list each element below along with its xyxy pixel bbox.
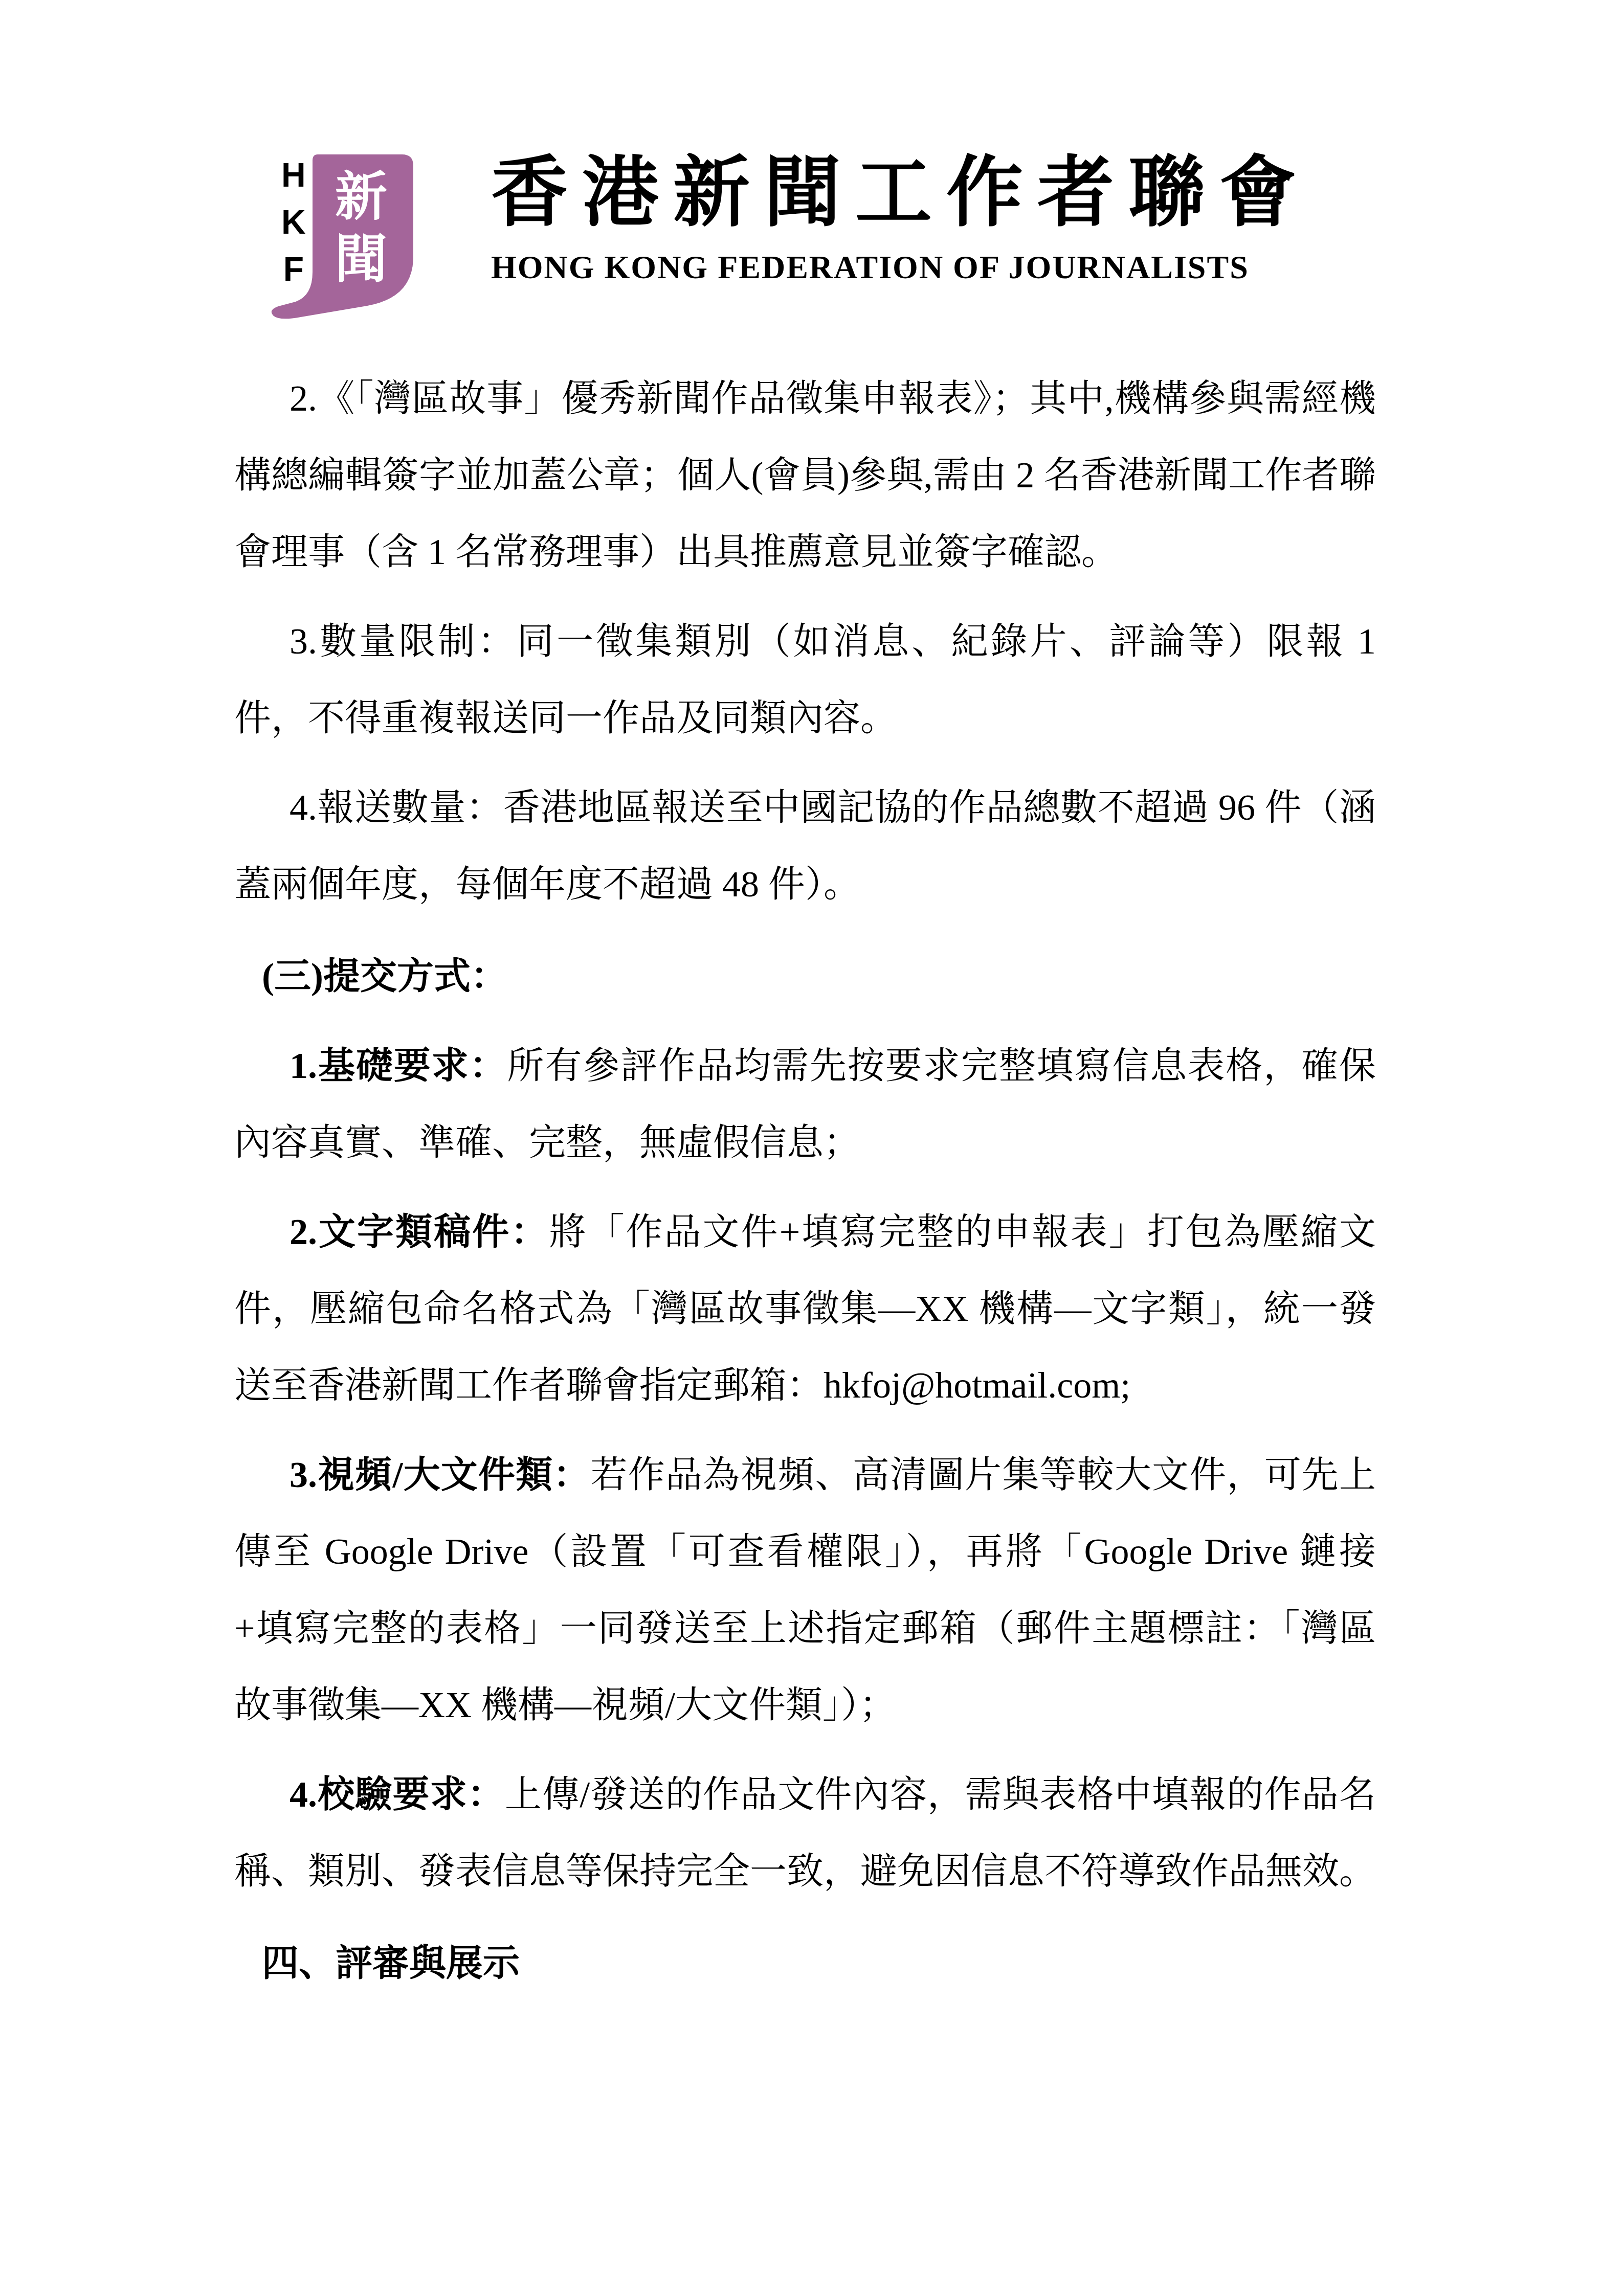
paragraph-lead: 1.基礎要求：	[290, 1045, 507, 1086]
paragraph-text: 2.《「灣區故事」優秀新聞作品徵集申報表》；其中,機構參與需經機構總編輯簽字並加…	[234, 378, 1376, 572]
document-page: H K F 新 聞 香港新聞工作者聯會 HONG KONG FEDERATION…	[0, 0, 1624, 2296]
paragraph-text-submissions: 2.文字類稿件：將「作品文件+填寫完整的申報表」打包為壓縮文件，壓縮包命名格式為…	[234, 1194, 1376, 1424]
paragraph-lead: 3.視頻/大文件類：	[290, 1454, 591, 1495]
org-title-english: HONG KONG FEDERATION OF JOURNALISTS	[491, 249, 1310, 286]
paragraph-quantity-limit: 3.數量限制：同一徵集類別（如消息、紀錄片、評論等）限報 1 件，不得重複報送同…	[234, 603, 1376, 756]
paragraph-video-large-files: 3.視頻/大文件類：若作品為視頻、高清圖片集等較大文件，可先上傳至 Google…	[234, 1436, 1376, 1743]
heading-text: 四、評審與展示	[262, 1943, 520, 1984]
paragraph-text: 4.報送數量：香港地區報送至中國記協的作品總數不超過 96 件（涵蓋兩個年度，每…	[234, 787, 1376, 905]
document-body: 2.《「灣區故事」優秀新聞作品徵集申報表》；其中,機構參與需經機構總編輯簽字並加…	[234, 360, 1376, 2001]
paragraph-lead: 2.文字類稿件：	[290, 1211, 549, 1252]
heading-review-and-exhibition: 四、評審與展示	[234, 1925, 1376, 2001]
heading-text: (三)提交方式：	[262, 956, 507, 997]
letterhead: H K F 新 聞 香港新聞工作者聯會 HONG KONG FEDERATION…	[234, 137, 1376, 330]
paragraph-text: 3.數量限制：同一徵集類別（如消息、紀錄片、評論等）限報 1 件，不得重複報送同…	[234, 621, 1376, 738]
paragraph-verification-requirement: 4.校驗要求：上傳/發送的作品文件內容，需與表格中填報的作品名稱、類別、發表信息…	[234, 1756, 1376, 1909]
heading-submission-method: (三)提交方式：	[234, 938, 1376, 1015]
seal-char-wen: 聞	[332, 229, 390, 291]
org-title-chinese: 香港新聞工作者聯會	[491, 141, 1310, 246]
paragraph-lead: 4.校驗要求：	[290, 1774, 505, 1815]
paragraph-basic-requirement: 1.基礎要求：所有參評作品均需先按要求完整填寫信息表格，確保內容真實、準確、完整…	[234, 1027, 1376, 1181]
seal-char-xin: 新	[332, 167, 390, 229]
paragraph-application-form: 2.《「灣區故事」優秀新聞作品徵集申報表》；其中,機構參與需經機構總編輯簽字並加…	[234, 360, 1376, 590]
hkfj-logo: H K F 新 聞	[255, 137, 424, 330]
org-titles: 香港新聞工作者聯會 HONG KONG FEDERATION OF JOURNA…	[491, 137, 1310, 286]
paragraph-submission-quota: 4.報送數量：香港地區報送至中國記協的作品總數不超過 96 件（涵蓋兩個年度，每…	[234, 769, 1376, 922]
seal-characters: 新 聞	[332, 167, 390, 291]
